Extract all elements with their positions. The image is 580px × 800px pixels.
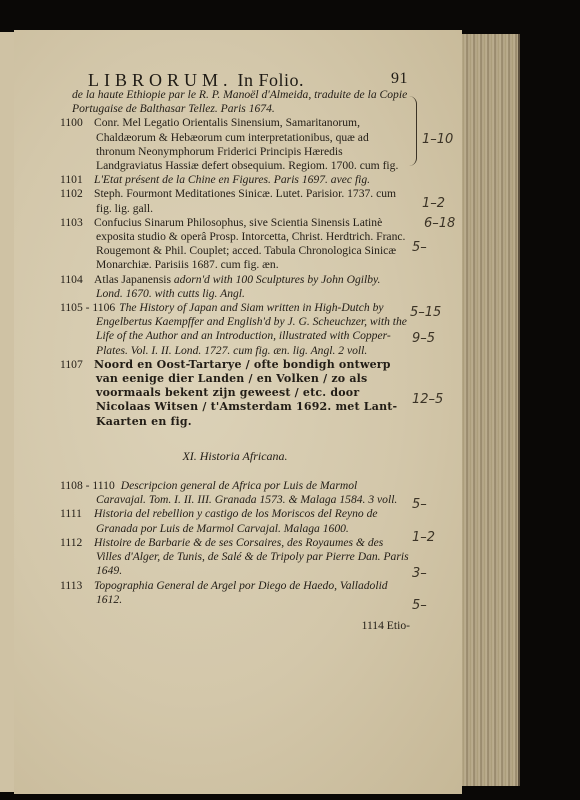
handwritten-price: 3– <box>412 566 427 581</box>
catalogue-entry: 1113Topographia General de Argel por Die… <box>60 579 410 607</box>
entry-text-blackletter: Noord en Oost-Tartarye / ofte bondigh on… <box>94 358 397 428</box>
entry-text: Historia del rebellion y castigo de los … <box>94 507 378 534</box>
lot-number: 1103 <box>60 216 94 230</box>
catalogue-entry: 1112Histoire de Barbarie & de ses Corsai… <box>60 536 410 579</box>
lot-number: 1105 - 1106 <box>60 301 115 315</box>
lot-number: 1100 <box>60 116 94 130</box>
lot-number: 1113 <box>60 579 94 593</box>
entry-text: Steph. Fourmont Meditationes Sinicæ. Lut… <box>94 187 396 214</box>
continued-entry: de la haute Ethiopie par le R. P. Manoël… <box>60 88 410 116</box>
entry-text: L'Etat présent de la Chine en Figures. P… <box>94 173 370 186</box>
entry-text: Confucius Sinarum Philosophus, sive Scie… <box>94 216 405 272</box>
running-head-title: LIBRORUM. <box>88 70 233 90</box>
facing-page-edge <box>0 32 15 792</box>
page-number: 91 <box>391 70 408 88</box>
handwritten-price: 5– <box>412 598 427 613</box>
entry-text: Histoire de Barbarie & de ses Corsaires,… <box>94 536 409 577</box>
catalogue-entry: 1100Conr. Mel Legatio Orientalis Sinensi… <box>60 116 410 173</box>
handwritten-price: 1–2 <box>412 530 435 545</box>
handwritten-price: 6–18 <box>424 216 455 231</box>
handwritten-price: 12–5 <box>412 392 443 407</box>
catalogue-entry: 1105 - 1106The History of Japan and Siam… <box>60 301 410 358</box>
lot-number: 1101 <box>60 173 94 187</box>
catalogue-text: de la haute Ethiopie par le R. P. Manoël… <box>60 88 410 644</box>
handwritten-price: 1–10 <box>422 132 453 147</box>
catalogue-entry: 1104Atlas Japanensis adorn'd with 100 Sc… <box>60 273 410 301</box>
catalogue-entry: 1111Historia del rebellion y castigo de … <box>60 507 410 535</box>
page-fore-edge <box>462 34 520 786</box>
entry-text: Descripcion general de Africa por Luis d… <box>96 479 397 506</box>
entry-text: The History of Japan and Siam written in… <box>96 301 407 357</box>
entry-text: Conr. Mel Legatio Orientalis Sinensium, … <box>94 116 398 172</box>
entry-text: Topographia General de Argel por Diego d… <box>94 579 388 606</box>
handwritten-price: 9–5 <box>412 331 435 346</box>
lot-number: 1108 - 1110 <box>60 479 115 493</box>
catalogue-entry: 1107Noord en Oost-Tartarye / ofte bondig… <box>60 358 410 429</box>
lot-number: 1111 <box>60 507 94 521</box>
catalogue-entry: 1102Steph. Fourmont Meditationes Sinicæ.… <box>60 187 410 215</box>
running-head-format: In Folio. <box>238 70 305 90</box>
handwritten-price: 5–15 <box>410 305 441 320</box>
entry-text-roman: Atlas Japanensis <box>94 273 171 286</box>
catalogue-entry: 1108 - 1110Descripcion general de Africa… <box>60 479 410 507</box>
lot-number: 1107 <box>60 358 94 372</box>
lot-number: 1112 <box>60 536 94 550</box>
catalogue-entry: 1103Confucius Sinarum Philosophus, sive … <box>60 216 410 273</box>
handwritten-price: 5– <box>412 240 427 255</box>
catchword: 1114 Etio- <box>60 619 410 633</box>
lot-number: 1102 <box>60 187 94 201</box>
handwritten-price: 1–2 <box>422 196 445 211</box>
lot-number: 1104 <box>60 273 94 287</box>
section-heading: XI. Historia Africana. <box>60 449 410 463</box>
catalogue-entry: 1101L'Etat présent de la Chine en Figure… <box>60 173 410 187</box>
handwritten-price: 5– <box>412 497 427 512</box>
